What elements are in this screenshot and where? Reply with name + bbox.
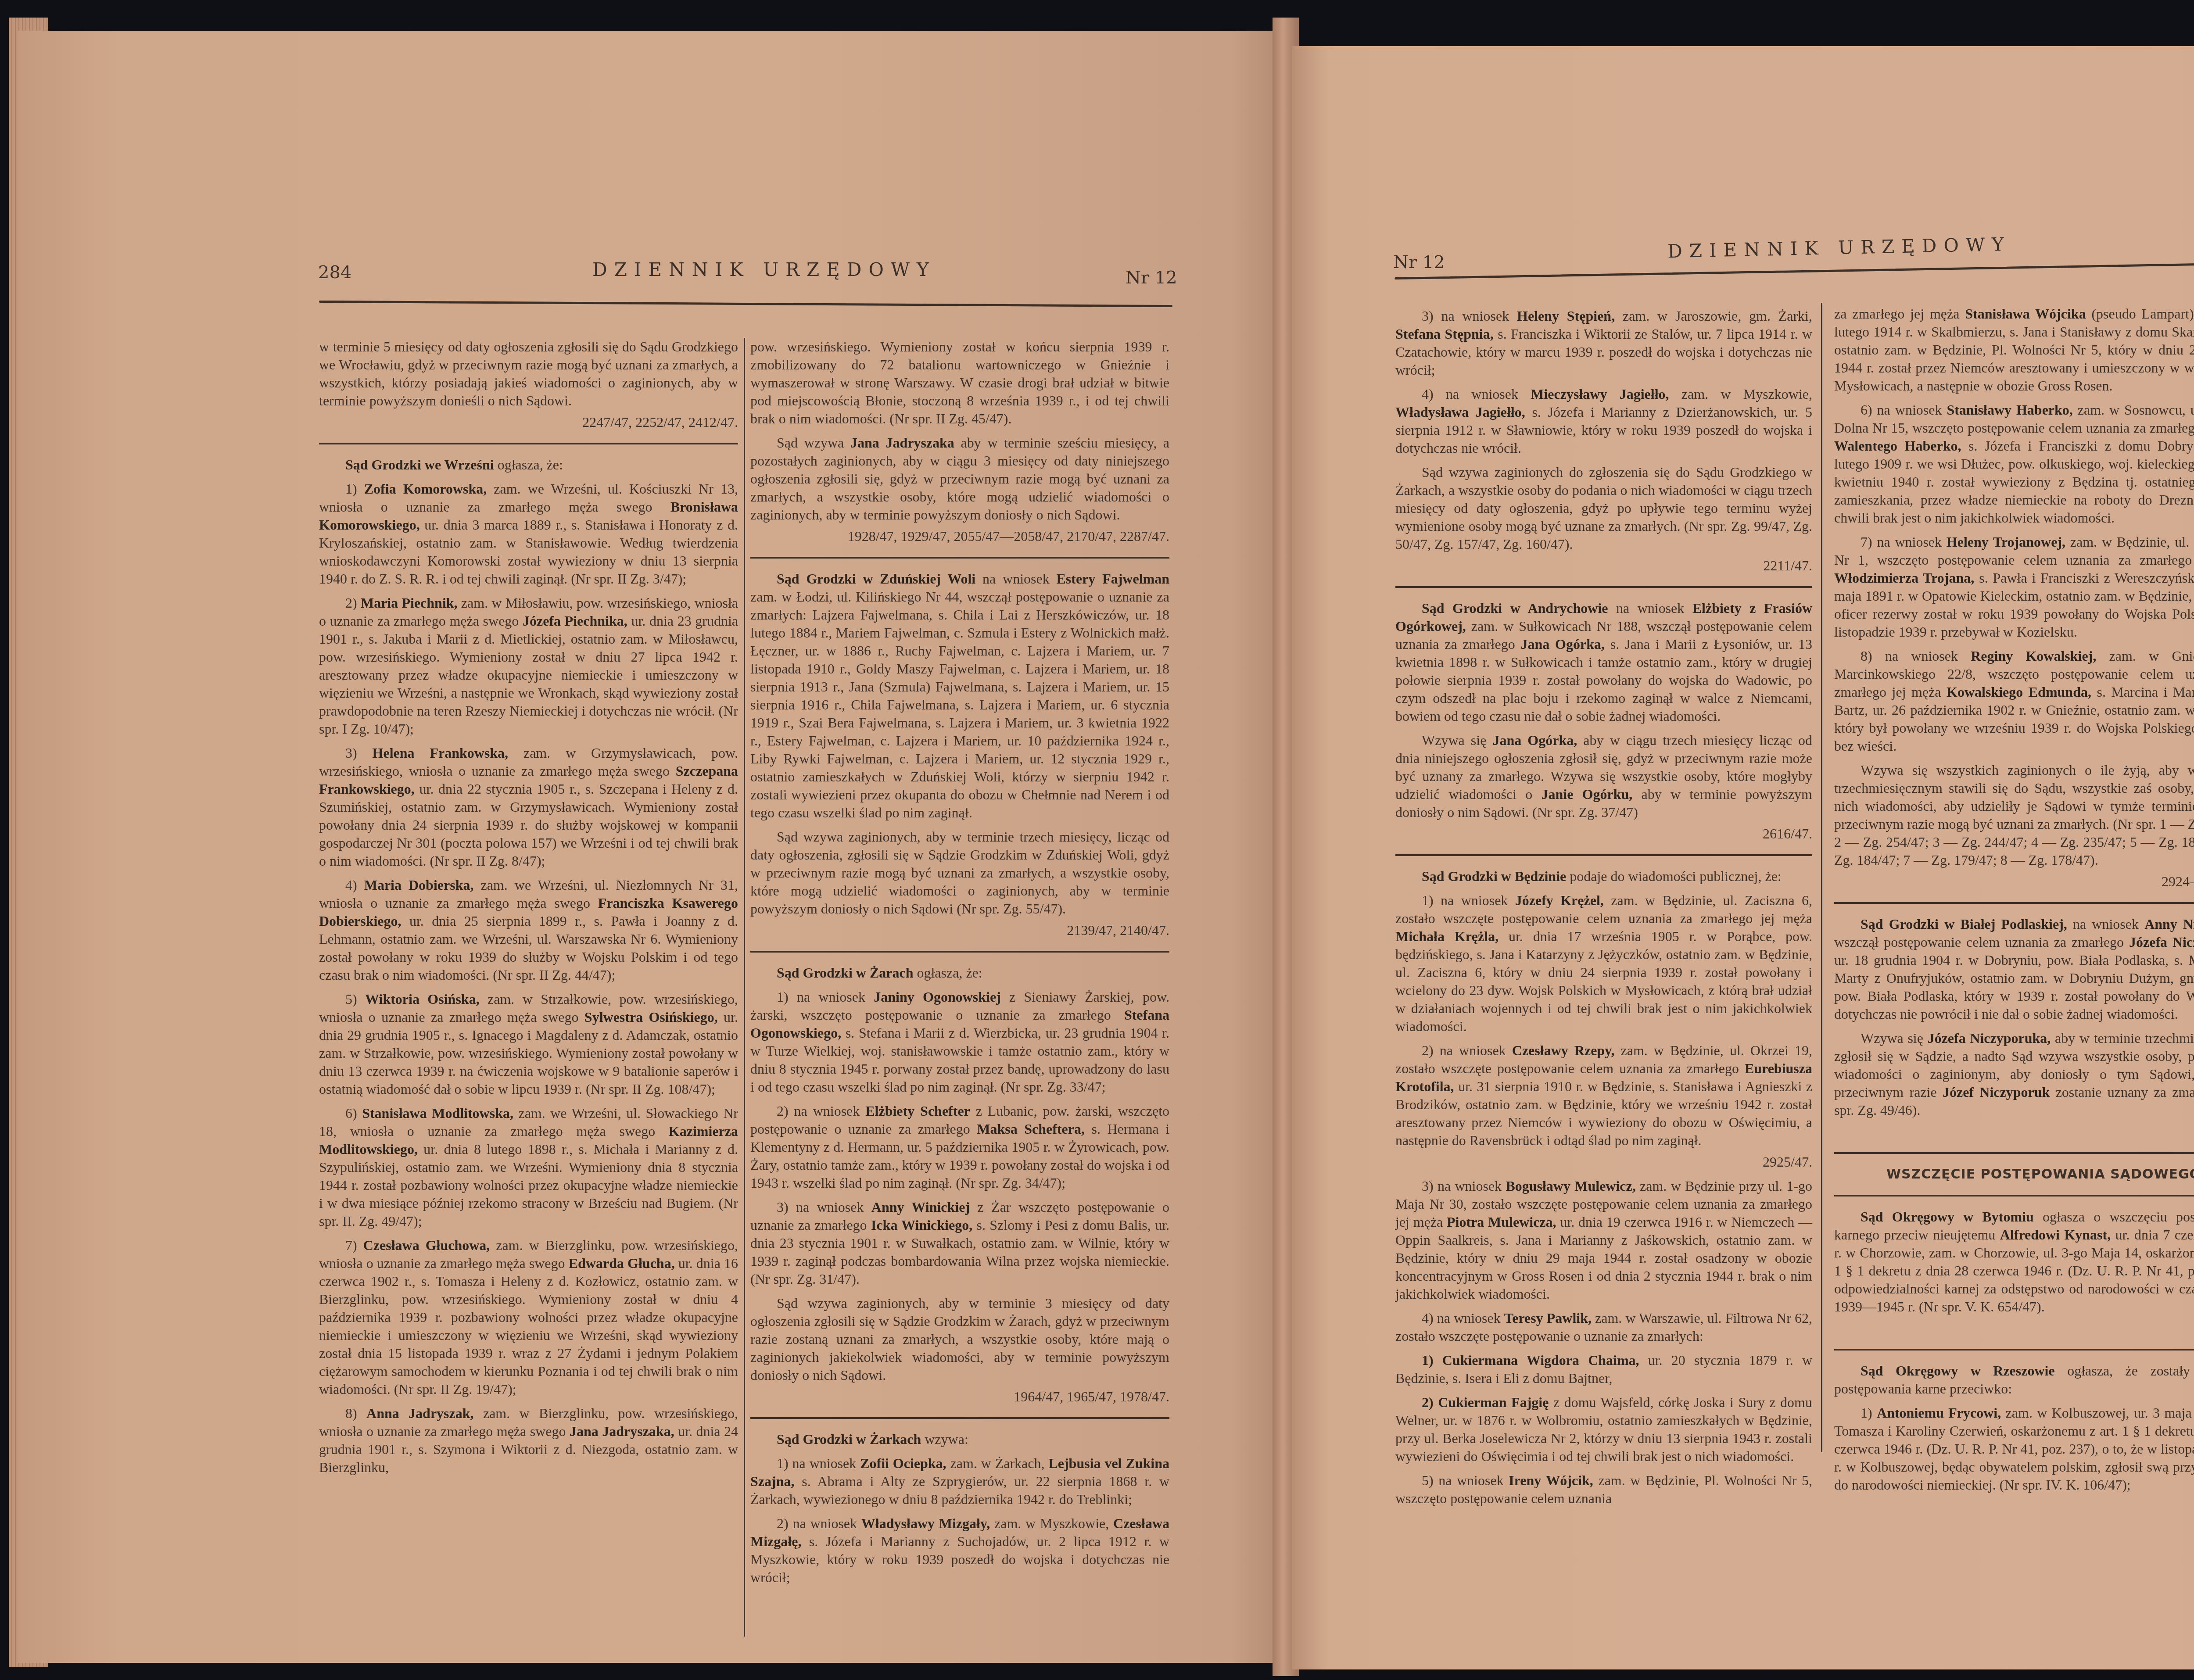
entry-4-1: 1) Cukiermana Wigdora Chaima, ur. 20 sty…	[1395, 1351, 1812, 1387]
reference-number: 1928/47, 1929/47, 2055/47—2058/47, 2170/…	[750, 527, 1169, 545]
entry-3: 3) na wniosek Bogusławy Mulewicz, zam. w…	[1395, 1177, 1812, 1303]
entry-2: 2) Maria Piechnik, zam. w Miłosławiu, po…	[319, 594, 738, 738]
entry-5: 5) na wniosek Ireny Wójcik, zam. w Będzi…	[1395, 1472, 1812, 1508]
court-announcement: Sąd Grodzki w Żarkach wzywa:	[750, 1430, 1169, 1448]
entry-6: 6) na wniosek Stanisławy Haberko, zam. w…	[1834, 401, 2194, 527]
entry-2: 2) na wniosek Elżbiety Schefter z Lubani…	[750, 1102, 1169, 1192]
entry-7: 7) na wniosek Heleny Trojanowej, zam. w …	[1834, 533, 2194, 641]
left-page-number: 284	[318, 262, 351, 283]
reference-number: 2925/47.	[1395, 1153, 1812, 1171]
entry-5-continued: za zmarłego jej męża Stanisława Wójcika …	[1834, 305, 2194, 395]
paragraph: w terminie 5 miesięcy od daty ogłoszenia…	[319, 338, 738, 410]
divider	[1834, 902, 2194, 904]
paragraph: Sąd wzywa zaginionych, aby w terminie tr…	[750, 828, 1169, 918]
reference-number: 2054/47.	[1834, 1319, 2194, 1337]
divider	[750, 951, 1169, 953]
divider	[1834, 1152, 2194, 1154]
entry-6: 6) Stanisława Modlitowska, zam. we Wrześ…	[319, 1104, 738, 1230]
court-announcement: Sąd Grodzki w Zduńskiej Woli na wniosek …	[750, 570, 1169, 822]
reference-number: 2211/47.	[1395, 557, 1812, 575]
entry-8: 8) na wniosek Reginy Kowalskiej, zam. w …	[1834, 647, 2194, 755]
reference-number: 2247/47, 2252/47, 2412/47.	[319, 413, 738, 431]
reference-number: 2924—2931/47.	[1834, 873, 2194, 891]
entry-1: 1) na wniosek Józefy Krężel, zam. w Będz…	[1395, 892, 1812, 1035]
column-divider	[1821, 303, 1822, 1452]
court-announcement: Sąd Grodzki we Wrześni ogłasza, że:	[319, 456, 738, 474]
entry-1: 1) na wniosek Zofii Ociepka, zam. w Żark…	[750, 1454, 1169, 1508]
court-announcement: Sąd Grodzki w Białej Podlaskiej, na wnio…	[1834, 915, 2194, 1023]
reference-number: 1964/47, 1965/47, 1978/47.	[750, 1388, 1169, 1406]
entry-4: 4) na wniosek Teresy Pawlik, zam. w Wars…	[1395, 1309, 1812, 1345]
divider	[319, 443, 738, 444]
court-announcement: Sąd Grodzki w Będzinie podaje do wiadomo…	[1395, 867, 1812, 885]
divider	[1834, 1195, 2194, 1196]
paragraph: Sąd wzywa zaginionych do zgłoszenia się …	[1395, 463, 1812, 553]
entry-5: 5) Wiktoria Osińska, zam. w Strzałkowie,…	[319, 990, 738, 1098]
left-header-issue: Nr 12	[1126, 268, 1177, 288]
paragraph: Wzywa się Jana Ogórka, aby w ciągu trzec…	[1395, 731, 1812, 821]
court-announcement: Sąd Grodzki w Andrychowie na wniosek Elż…	[1395, 599, 1812, 725]
entry-2: 2) na wniosek Czesławy Rzepy, zam. w Będ…	[1395, 1042, 1812, 1150]
entry-8: 8) Anna Jadryszak, zam. w Bierzglinku, p…	[319, 1404, 738, 1476]
reference-number: 2139/47, 2140/47.	[750, 921, 1169, 939]
paragraph: Wzywa się wszystkich zaginionych o ile ż…	[1834, 761, 2194, 869]
entry-4: 4) na wniosek Mieczysławy Jagiełło, zam.…	[1395, 385, 1812, 457]
left-header-title: DZIENNIK URZĘDOWY	[592, 259, 936, 280]
reference-number: 2616/47.	[1395, 825, 1812, 843]
court-announcement: Sąd Okręgowy w Bytomiu ogłasza o wszczęc…	[1834, 1208, 2194, 1316]
paragraph: Sąd wzywa Jana Jadryszaka aby w terminie…	[750, 434, 1169, 524]
right-column-1: 3) na wniosek Heleny Stępień, zam. w Jar…	[1395, 307, 1812, 1514]
entry-1: 1) na wniosek Janiny Ogonowskiej z Sieni…	[750, 988, 1169, 1096]
entry-1: 1) Antoniemu Frycowi, zam. w Kolbuszowej…	[1834, 1404, 2194, 1494]
entry-2: 2) na wniosek Władysławy Mizgały, zam. w…	[750, 1515, 1169, 1587]
divider	[750, 1417, 1169, 1419]
paragraph: Wzywa się Józefa Niczyporuka, aby w term…	[1834, 1029, 2194, 1119]
section-heading: WSZCZĘCIE POSTĘPOWANIA SĄDOWEGO	[1834, 1165, 2194, 1183]
reference-number: 2612/47.	[1834, 1123, 2194, 1141]
right-column-2: za zmarłego jej męża Stanisława Wójcika …	[1834, 305, 2194, 1500]
entry-1: 1) Zofia Komorowska, zam. we Wrześni, ul…	[319, 480, 738, 588]
divider	[1395, 854, 1812, 856]
entry-3: 3) Helena Frankowska, zam. w Grzymysławi…	[319, 744, 738, 870]
right-header-issue: Nr 12	[1393, 252, 1445, 272]
court-announcement: Sąd Okręgowy w Rzeszowie ogłasza, że zos…	[1834, 1362, 2194, 1398]
divider	[1395, 586, 1812, 588]
left-column-2: pow. wrzesińskiego. Wymieniony został w …	[750, 338, 1169, 1593]
paragraph: Sąd wzywa zaginionych, aby w terminie 3 …	[750, 1294, 1169, 1384]
divider	[1834, 1349, 2194, 1350]
court-name: Sąd Grodzki we Wrześni	[345, 457, 494, 473]
entry-4-2: 2) Cukierman Fajgię z domu Wajsfeld, cór…	[1395, 1393, 1812, 1465]
column-divider	[744, 338, 745, 1637]
entry-4: 4) Maria Dobierska, zam. we Wrześni, ul.…	[319, 876, 738, 984]
divider	[750, 557, 1169, 559]
left-column-1: w terminie 5 miesięcy od daty ogłoszenia…	[319, 338, 738, 1483]
entry-7: 7) Czesława Głuchowa, zam. w Bierzglinku…	[319, 1236, 738, 1398]
paragraph: pow. wrzesińskiego. Wymieniony został w …	[750, 338, 1169, 428]
court-announcement: Sąd Grodzki w Żarach ogłasza, że:	[750, 964, 1169, 982]
entry-3: 3) na wniosek Anny Winickiej z Żar wszcz…	[750, 1198, 1169, 1288]
entry-3: 3) na wniosek Heleny Stępień, zam. w Jar…	[1395, 307, 1812, 379]
